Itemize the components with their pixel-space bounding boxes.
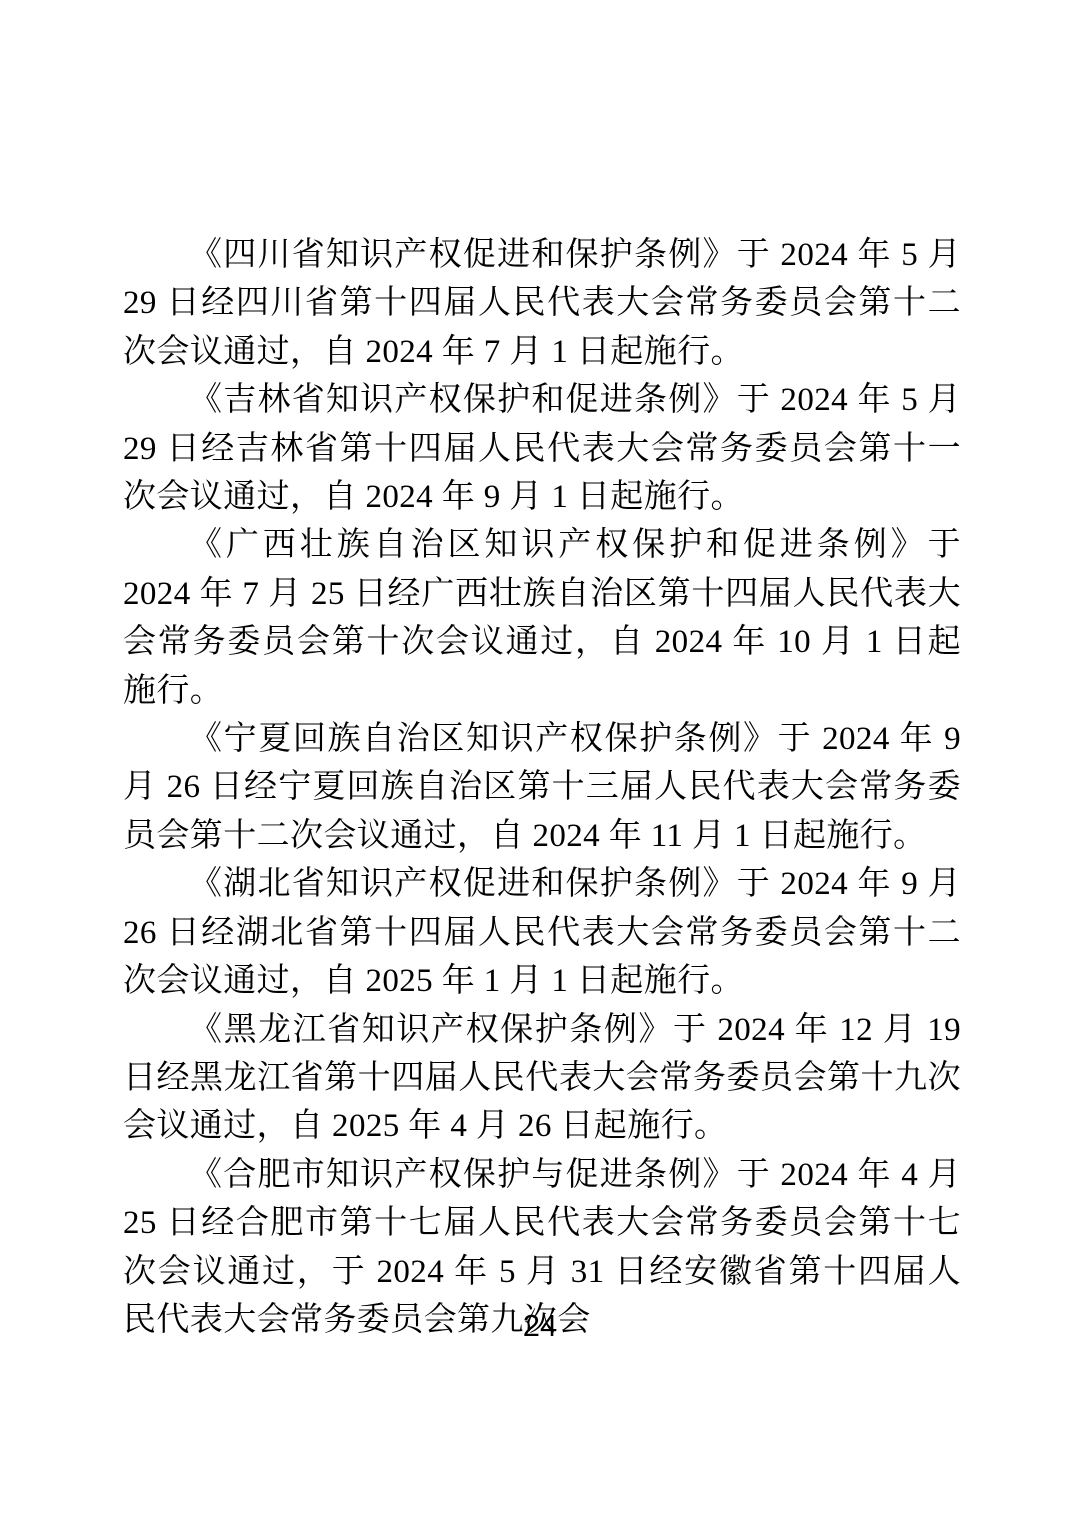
paragraph-sichuan-regulation: 《四川省知识产权促进和保护条例》于 2024 年 5 月 29 日经四川省第十四… [123,231,961,376]
paragraph-hubei-regulation: 《湖北省知识产权促进和保护条例》于 2024 年 9 月 26 日经湖北省第十四… [123,860,961,1005]
paragraph-ningxia-regulation: 《宁夏回族自治区知识产权保护条例》于 2024 年 9 月 26 日经宁夏回族自… [123,715,961,860]
paragraph-guangxi-regulation: 《广西壮族自治区知识产权保护和促进条例》于 2024 年 7 月 25 日经广西… [123,521,961,715]
paragraph-jilin-regulation: 《吉林省知识产权保护和促进条例》于 2024 年 5 月 29 日经吉林省第十四… [123,376,961,521]
paragraph-heilongjiang-regulation: 《黑龙江省知识产权保护条例》于 2024 年 12 月 19 日经黑龙江省第十四… [123,1006,961,1151]
document-body: 《四川省知识产权促进和保护条例》于 2024 年 5 月 29 日经四川省第十四… [123,231,961,1344]
page-number: 24 [0,1308,1080,1344]
document-page: 《四川省知识产权促进和保护条例》于 2024 年 5 月 29 日经四川省第十四… [0,0,1080,1518]
